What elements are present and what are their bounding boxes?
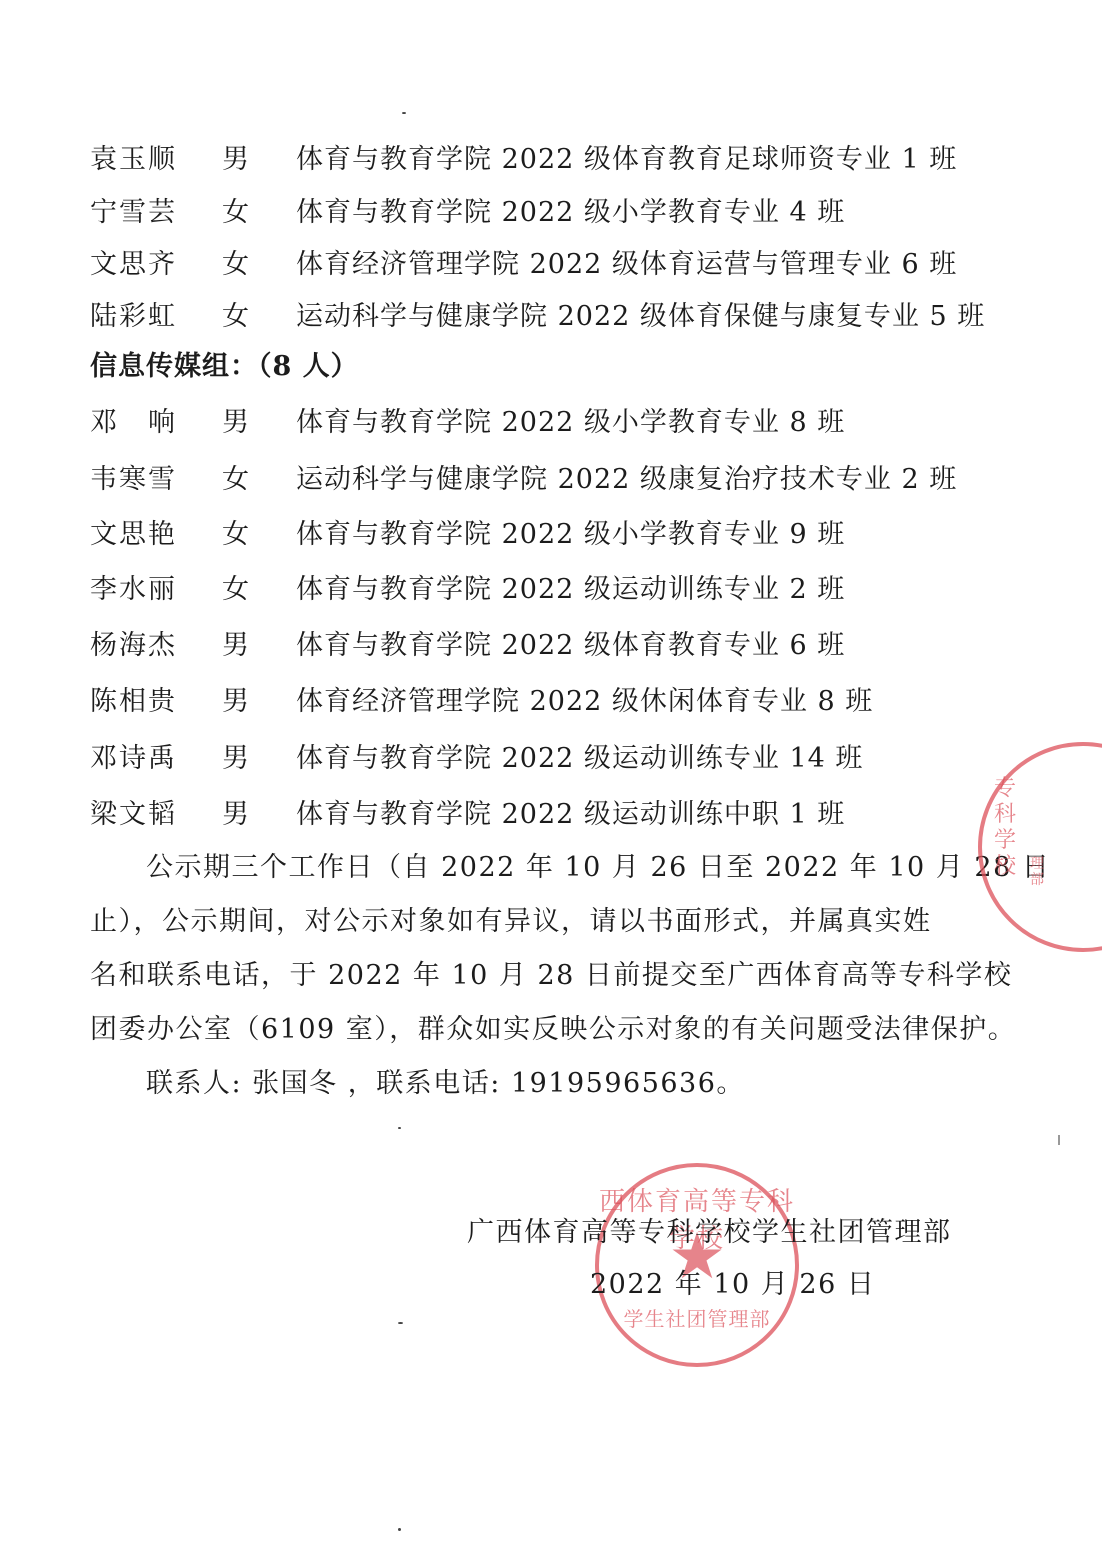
member-gender: 男 [222,682,250,722]
notice-line: 公示期三个工作日（自 2022 年 10 月 26 日至 2022 年 10 月… [90,841,980,895]
member-class: 体育与教育学院 2022 级小学教育专业 4 班 [296,193,845,233]
seal-subtext: 学生社团管理部 [599,1303,795,1332]
member-gender: 男 [222,739,250,779]
seal-subtext: 理部 [1030,856,1052,888]
document-page: 袁玉顺 男 体育与教育学院 2022 级体育教育足球师资专业 1 班 宁雪芸 女… [0,0,1102,1557]
contact-line: 联系人: 张国冬 ，联系电话: 19195965636。 [90,1057,980,1111]
member-class: 体育经济管理学院 2022 级休闲体育专业 8 班 [296,682,873,722]
member-name: 李水丽 [90,570,190,610]
member-class: 体育经济管理学院 2022 级体育运营与管理专业 6 班 [296,245,957,285]
notice-line: 止），公示期间，对公示对象如有异议，请以书面形式，并属真实姓 [90,895,980,949]
member-class: 体育与教育学院 2022 级运动训练专业 14 班 [296,739,863,779]
signature-date: 2022 年 10 月 26 日 [590,1265,875,1305]
member-gender: 女 [222,193,250,233]
member-name: 文思艳 [90,515,190,555]
group-heading: 信息传媒组：（8 人） [90,347,359,387]
member-gender: 女 [222,460,250,500]
member-name: 陈相贵 [90,682,190,722]
member-class: 运动科学与健康学院 2022 级康复治疗技术专业 2 班 [296,460,957,500]
member-class: 运动科学与健康学院 2022 级体育保健与康复专业 5 班 [296,297,985,337]
member-name: 宁雪芸 [90,193,190,233]
notice-paragraph: 公示期三个工作日（自 2022 年 10 月 26 日至 2022 年 10 月… [90,841,980,1111]
seal-text: 专科学校 [994,776,1034,880]
member-class: 体育与教育学院 2022 级体育教育足球师资专业 1 班 [296,140,957,180]
scan-speck [1058,1135,1060,1145]
member-name: 杨海杰 [90,626,190,666]
member-gender: 女 [222,297,250,337]
member-gender: 男 [222,140,250,180]
scan-speck [402,112,406,114]
member-gender: 男 [222,626,250,666]
signature-org: 广西体育高等专科学校学生社团管理部 [467,1213,952,1253]
member-class: 体育与教育学院 2022 级体育教育专业 6 班 [296,626,845,666]
member-name: 文思齐 [90,245,190,285]
scan-speck [398,1322,403,1324]
member-gender: 男 [222,795,250,835]
member-name: 邓 响 [90,403,190,443]
scan-speck [398,1528,401,1531]
notice-line: 名和联系电话，于 2022 年 10 月 28 日前提交至广西体育高等专科学校 [90,949,980,1003]
member-gender: 男 [222,403,250,443]
member-name: 邓诗禹 [90,739,190,779]
notice-line: 团委办公室（6109 室），群众如实反映公示对象的有关问题受法律保护。 [90,1003,980,1057]
member-class: 体育与教育学院 2022 级小学教育专业 8 班 [296,403,845,443]
member-class: 体育与教育学院 2022 级运动训练专业 2 班 [296,570,845,610]
official-seal-edge: 专科学校 理部 [978,742,1102,952]
member-name: 陆彩虹 [90,297,190,337]
member-name: 梁文韬 [90,795,190,835]
member-gender: 女 [222,245,250,285]
member-name: 袁玉顺 [90,140,190,180]
member-gender: 女 [222,515,250,555]
member-gender: 女 [222,570,250,610]
member-name: 韦寒雪 [90,460,190,500]
member-class: 体育与教育学院 2022 级运动训练中职 1 班 [296,795,845,835]
scan-speck [398,1127,401,1129]
member-class: 体育与教育学院 2022 级小学教育专业 9 班 [296,515,845,555]
